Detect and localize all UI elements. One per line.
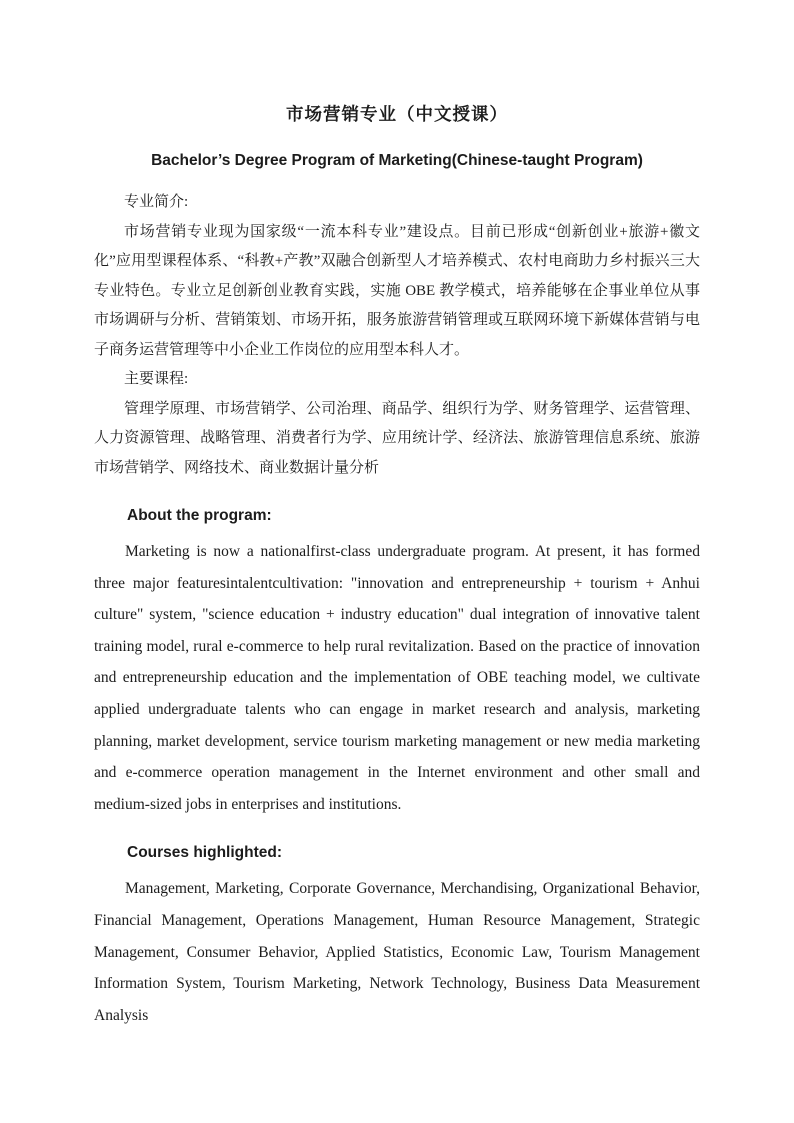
about-en-paragraph: Marketing is now a nationalfirst-class u… (94, 536, 700, 820)
document-title-zh: 市场营销专业（中文授课） (94, 103, 700, 126)
section-heading-intro-zh: 专业简介: (94, 188, 700, 218)
section-heading-courses-zh: 主要课程: (94, 365, 700, 395)
document-page: 市场营销专业（中文授课） Bachelor’s Degree Program o… (0, 0, 794, 1123)
document-title-en: Bachelor’s Degree Program of Marketing(C… (94, 149, 700, 172)
courses-zh-paragraph: 管理学原理、市场营销学、公司治理、商品学、组织行为学、财务管理学、运营管理、人力… (94, 395, 700, 484)
intro-zh-paragraph: 市场营销专业现为国家级“一流本科专业”建设点。目前已形成“创新创业+旅游+徽文化… (94, 218, 700, 366)
section-heading-about-en: About the program: (127, 504, 700, 527)
section-heading-courses-en: Courses highlighted: (127, 841, 700, 864)
courses-en-paragraph: Management, Marketing, Corporate Governa… (94, 873, 700, 1031)
